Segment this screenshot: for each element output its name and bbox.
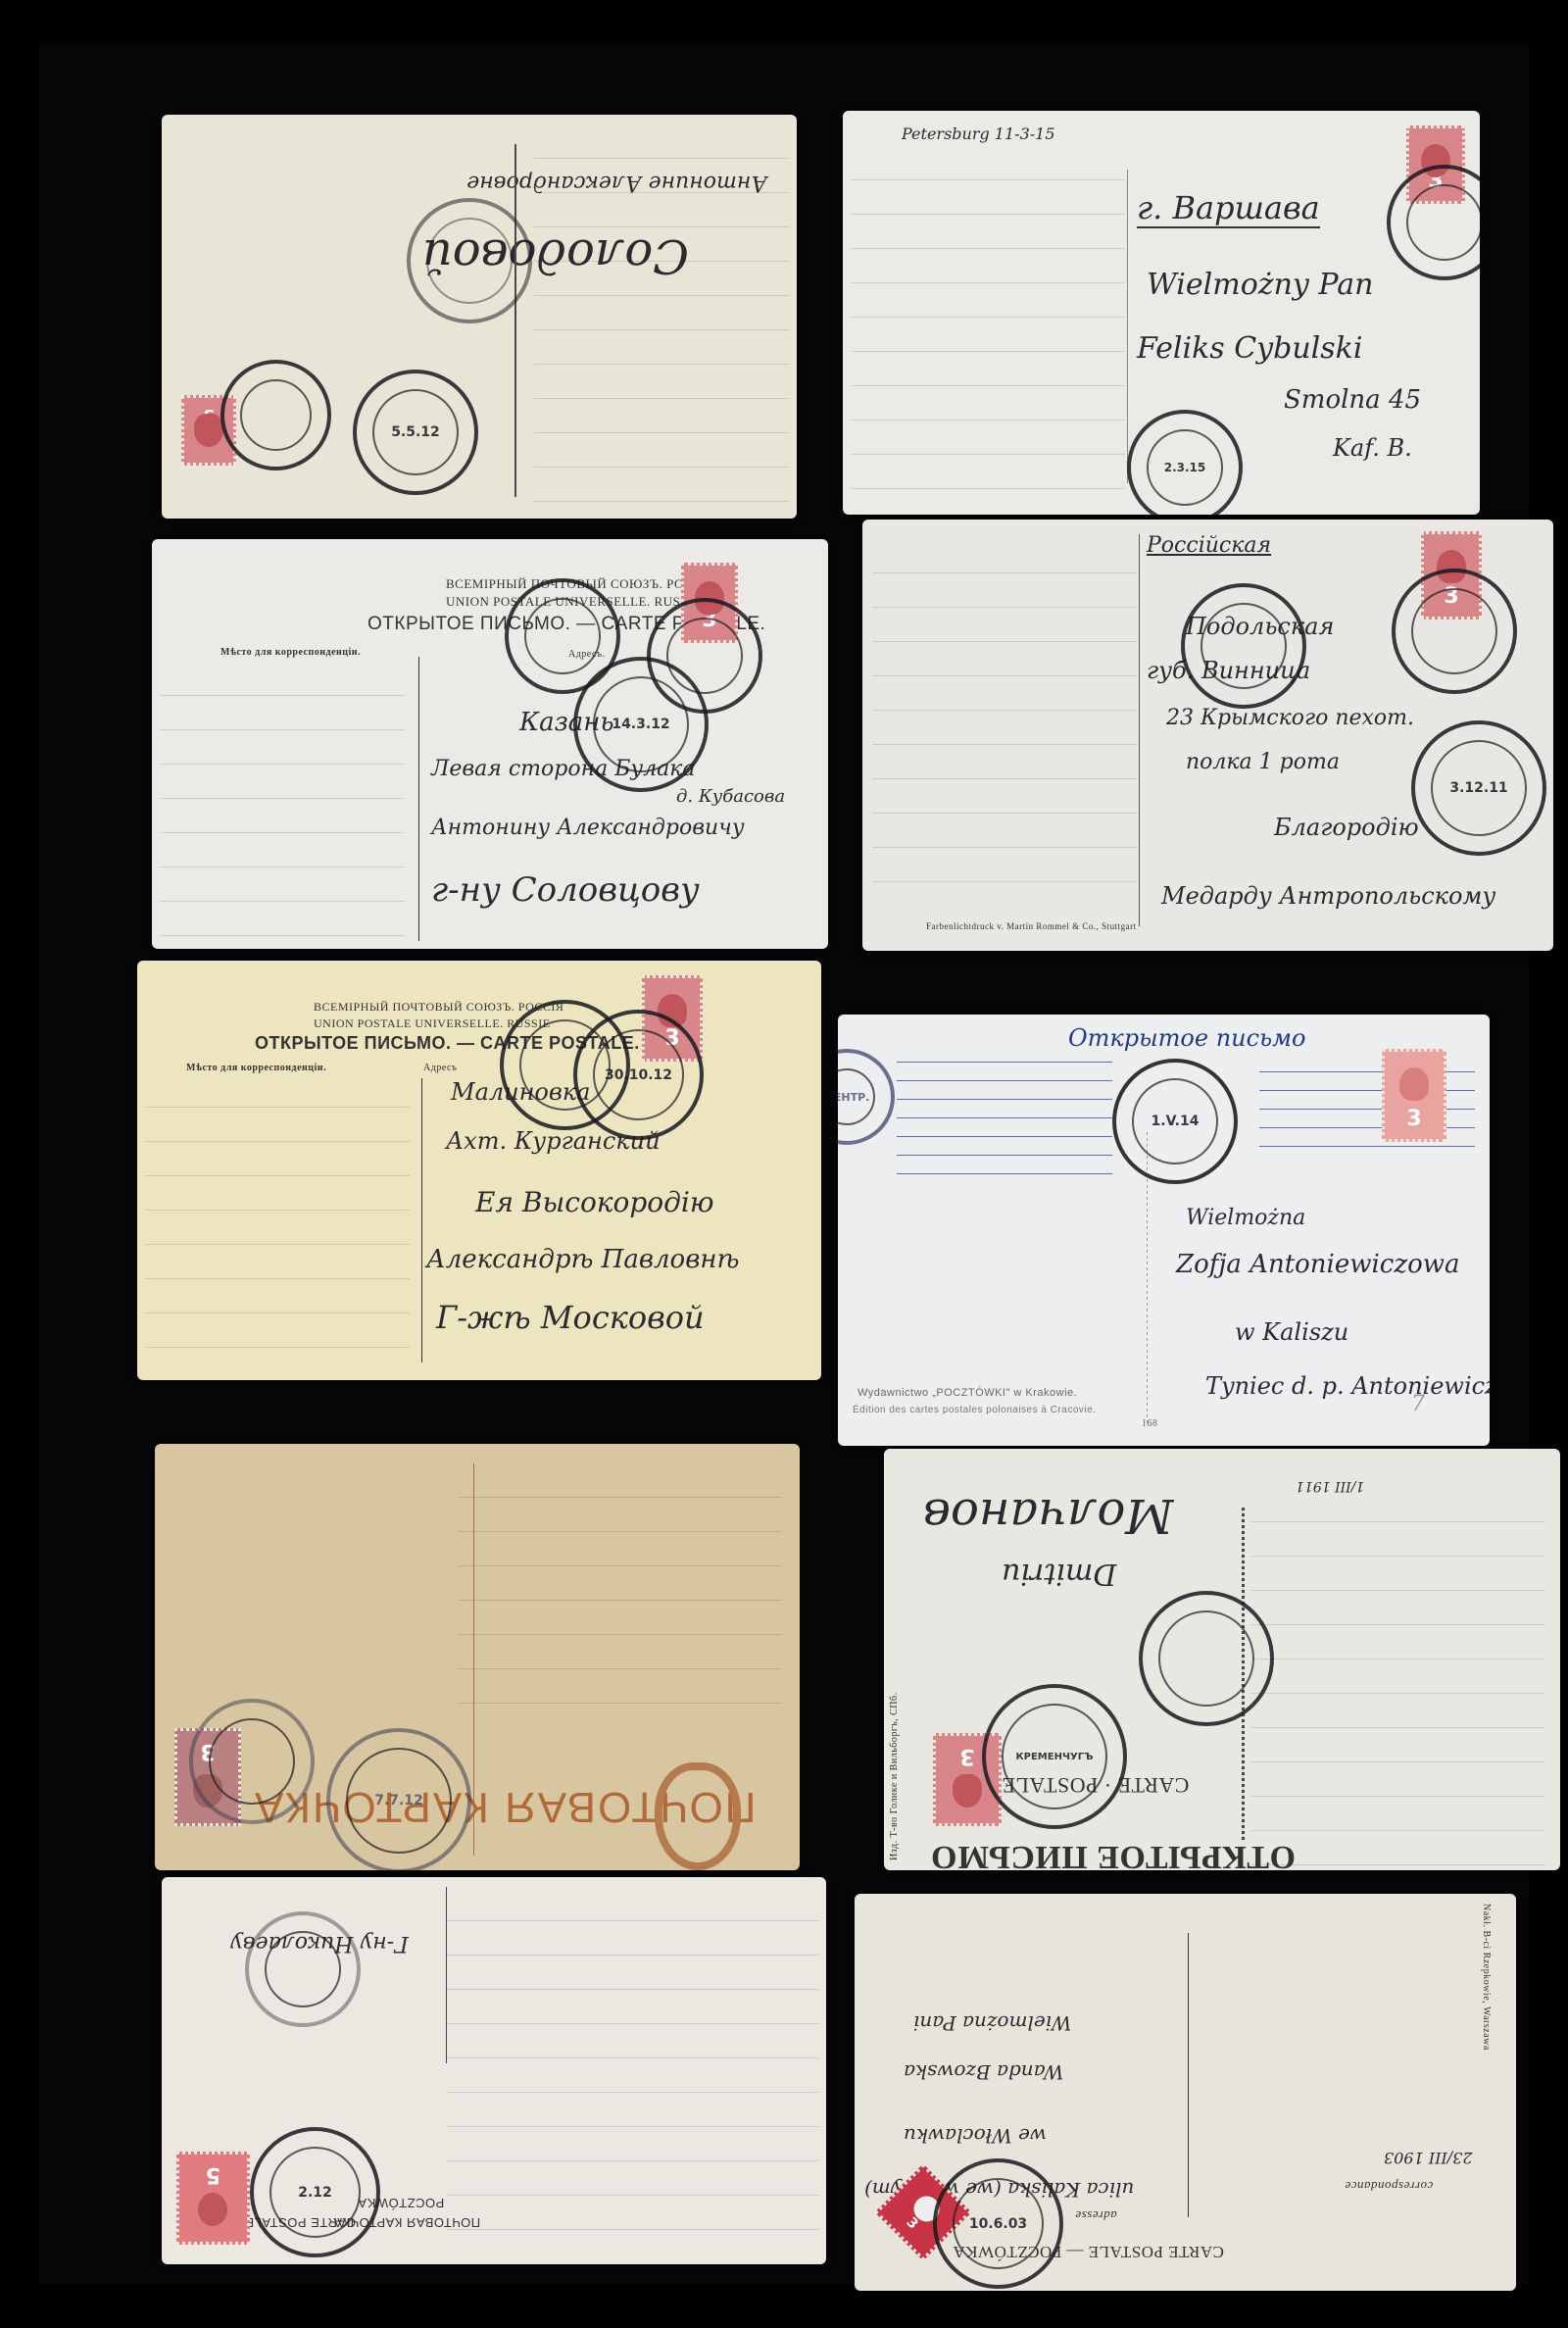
card-3-message [160,662,405,936]
postmark: 1.V.14 [1112,1059,1238,1184]
card-10-address-line: Wielmożna Pani [913,2011,1071,2035]
postmark [647,598,762,714]
card-5-address-label: Адресъ [423,1063,458,1073]
card-divider [1139,534,1140,926]
card-4-publisher: Farbenlichtdruck v. Martin Rommel & Co.,… [926,921,1137,931]
postcard-9: Г-ну Николаеву ПОЧТОВАЯ КАРТОЧКА CARTE P… [162,1877,826,2264]
card-8-message [1251,1488,1545,1865]
card-10-address-line: Wanda Bzowska [904,2060,1063,2084]
card-6-address-line: Wielmożna [1186,1206,1305,1230]
card-2-date: Petersburg 11-3-15 [902,124,1055,143]
card-divider [418,657,419,941]
card-divider [421,1078,422,1362]
postcard-8: Молчанов Dmitriu 1/III 1911 ОТКРЫТОЕ ПИС… [884,1449,1560,1870]
postmark [1387,165,1480,280]
card-8-address-line: Dmitriu [1002,1557,1116,1591]
card-6-card-number: 168 [1142,1418,1158,1429]
card-6-address-line: w Kaliszu [1235,1318,1348,1346]
postage-stamp: 3 [1382,1049,1446,1142]
card-3-correspondence-label: Мѣсто для корреспонденціи. [220,647,361,658]
postmark: 7.7.12 [326,1728,471,1870]
card-2-message [851,146,1125,489]
card-10-correspondence-label: correspondance [1345,2178,1433,2194]
postage-stamp: 5 [176,2152,250,2245]
postmark: ЦЕНТР. [838,1049,895,1145]
card-4-address-line: Россiйская [1147,533,1271,558]
card-3-address-line: Антонину Александровичу [431,816,745,840]
card-5-address-line: Александрѣ Павловнѣ [426,1245,739,1274]
postmark [407,198,532,323]
postcard-10: Wielmożna Pani Wanda Bzowska we Włoclawk… [855,1894,1516,2291]
card-8-title: ОТКРЫТОЕ ПИСЬМО [931,1838,1296,1870]
card-3-address-line: г-ну Соловцову [431,870,700,910]
card-2-address-line: Smolna 45 [1284,385,1421,415]
card-8-publisher: Изд. Т-во Голике и Вильборгъ, СПб. [889,1692,900,1860]
card-4-address-line: 23 Крымского пехот. [1166,706,1414,730]
postcard-5: ВСЕМІРНЫЙ ПОЧТОВЫЙ СОЮЗЪ. РОССІЯ UNION P… [137,961,821,1380]
card-7-message [459,1463,782,1704]
card-6-pencil-mark: 7 [1411,1392,1425,1416]
card-5-message [145,1073,410,1380]
postcard-6: Открытое письмо Wielmożna Zofja Antoniew… [838,1015,1490,1446]
card-8-address-line: Молчанов [923,1488,1174,1543]
card-6-message-lines [897,1044,1112,1174]
card-9-message [446,1887,818,2230]
postmark [220,360,331,471]
card-10-publisher: Nakł. B-ci Rzepkowie, Warszawa [1481,1904,1492,2051]
postmark [1139,1591,1274,1726]
postmark [1181,583,1306,709]
card-divider [1127,170,1128,483]
card-5-correspondence-label: Мѣсто для корреспонденціи. [186,1063,326,1073]
card-6-publisher: Édition des cartes postales polonaises à… [853,1405,1096,1415]
postcard-3: ВСЕМІРНЫЙ ПОЧТОВЫЙ СОЮЗЪ. РОССІЯ UNION P… [152,539,828,949]
postcard-4: Россiйская Подольская губ. Винница 23 Кр… [862,520,1553,951]
card-1-message [534,124,789,502]
postmark: 3.12.11 [1411,720,1546,856]
card-4-address-line: Медарду Антропольскому [1161,882,1495,910]
card-10-date: 23/III 1903 [1384,2149,1473,2167]
card-2-address-line: Wielmożny Pan [1147,268,1373,302]
postmark [245,1911,361,2027]
postmark: 5.5.12 [353,370,478,495]
publisher-logo-icon [655,1762,741,1870]
postmark: 2.12 [250,2127,380,2257]
card-10-address-label: adresse [1075,2207,1117,2223]
card-6-address-line: Zofja Antoniewiczowa [1176,1250,1459,1279]
postcard-2: Petersburg 11-3-15 г. Варшава Wielmożny … [843,111,1480,515]
postmark: 2.3.15 [1127,410,1243,515]
card-2-address-line: Kaf. B. [1333,434,1412,462]
card-divider [1188,1933,1189,2217]
postmark [189,1699,315,1824]
card-4-address-line: полка 1 рота [1186,750,1340,774]
postcard-7: ПОЧТОВАЯ КАРТОЧКА 3 7.7.12 [155,1444,800,1870]
card-divider [446,1887,447,2063]
postmark [1392,569,1517,694]
card-3-address-line: д. Кубасова [676,786,785,807]
card-4-message [872,539,1137,882]
postmark: КРЕМЕНЧУГЪ [982,1684,1127,1829]
card-5-address-line: Ея Высокородiю [475,1186,714,1218]
album-page: Антонине Александровне Солодовой 3 5.5.1… [39,44,1529,2284]
card-6-address-line: Tyniec d. p. Antoniewicza [1205,1372,1490,1400]
postmark: 30.10.12 [573,1010,704,1140]
card-2-address-line: Feliks Cybulski [1137,331,1362,366]
postcard-1: Антонине Александровне Солодовой 3 5.5.1… [162,115,797,519]
postmark: 10.6.03 [933,2158,1063,2289]
card-divider [514,144,516,497]
card-10-address-line: we Włoclawku [904,2124,1047,2148]
card-6-publisher: Wydawnictwo „POCZTÓWKI" w Krakowie. [857,1387,1077,1399]
card-4-address-line: Благородiю [1274,814,1419,841]
card-2-address-city: г. Варшава [1137,189,1320,228]
card-5-address-line: Г-жѣ Московой [436,1299,705,1336]
